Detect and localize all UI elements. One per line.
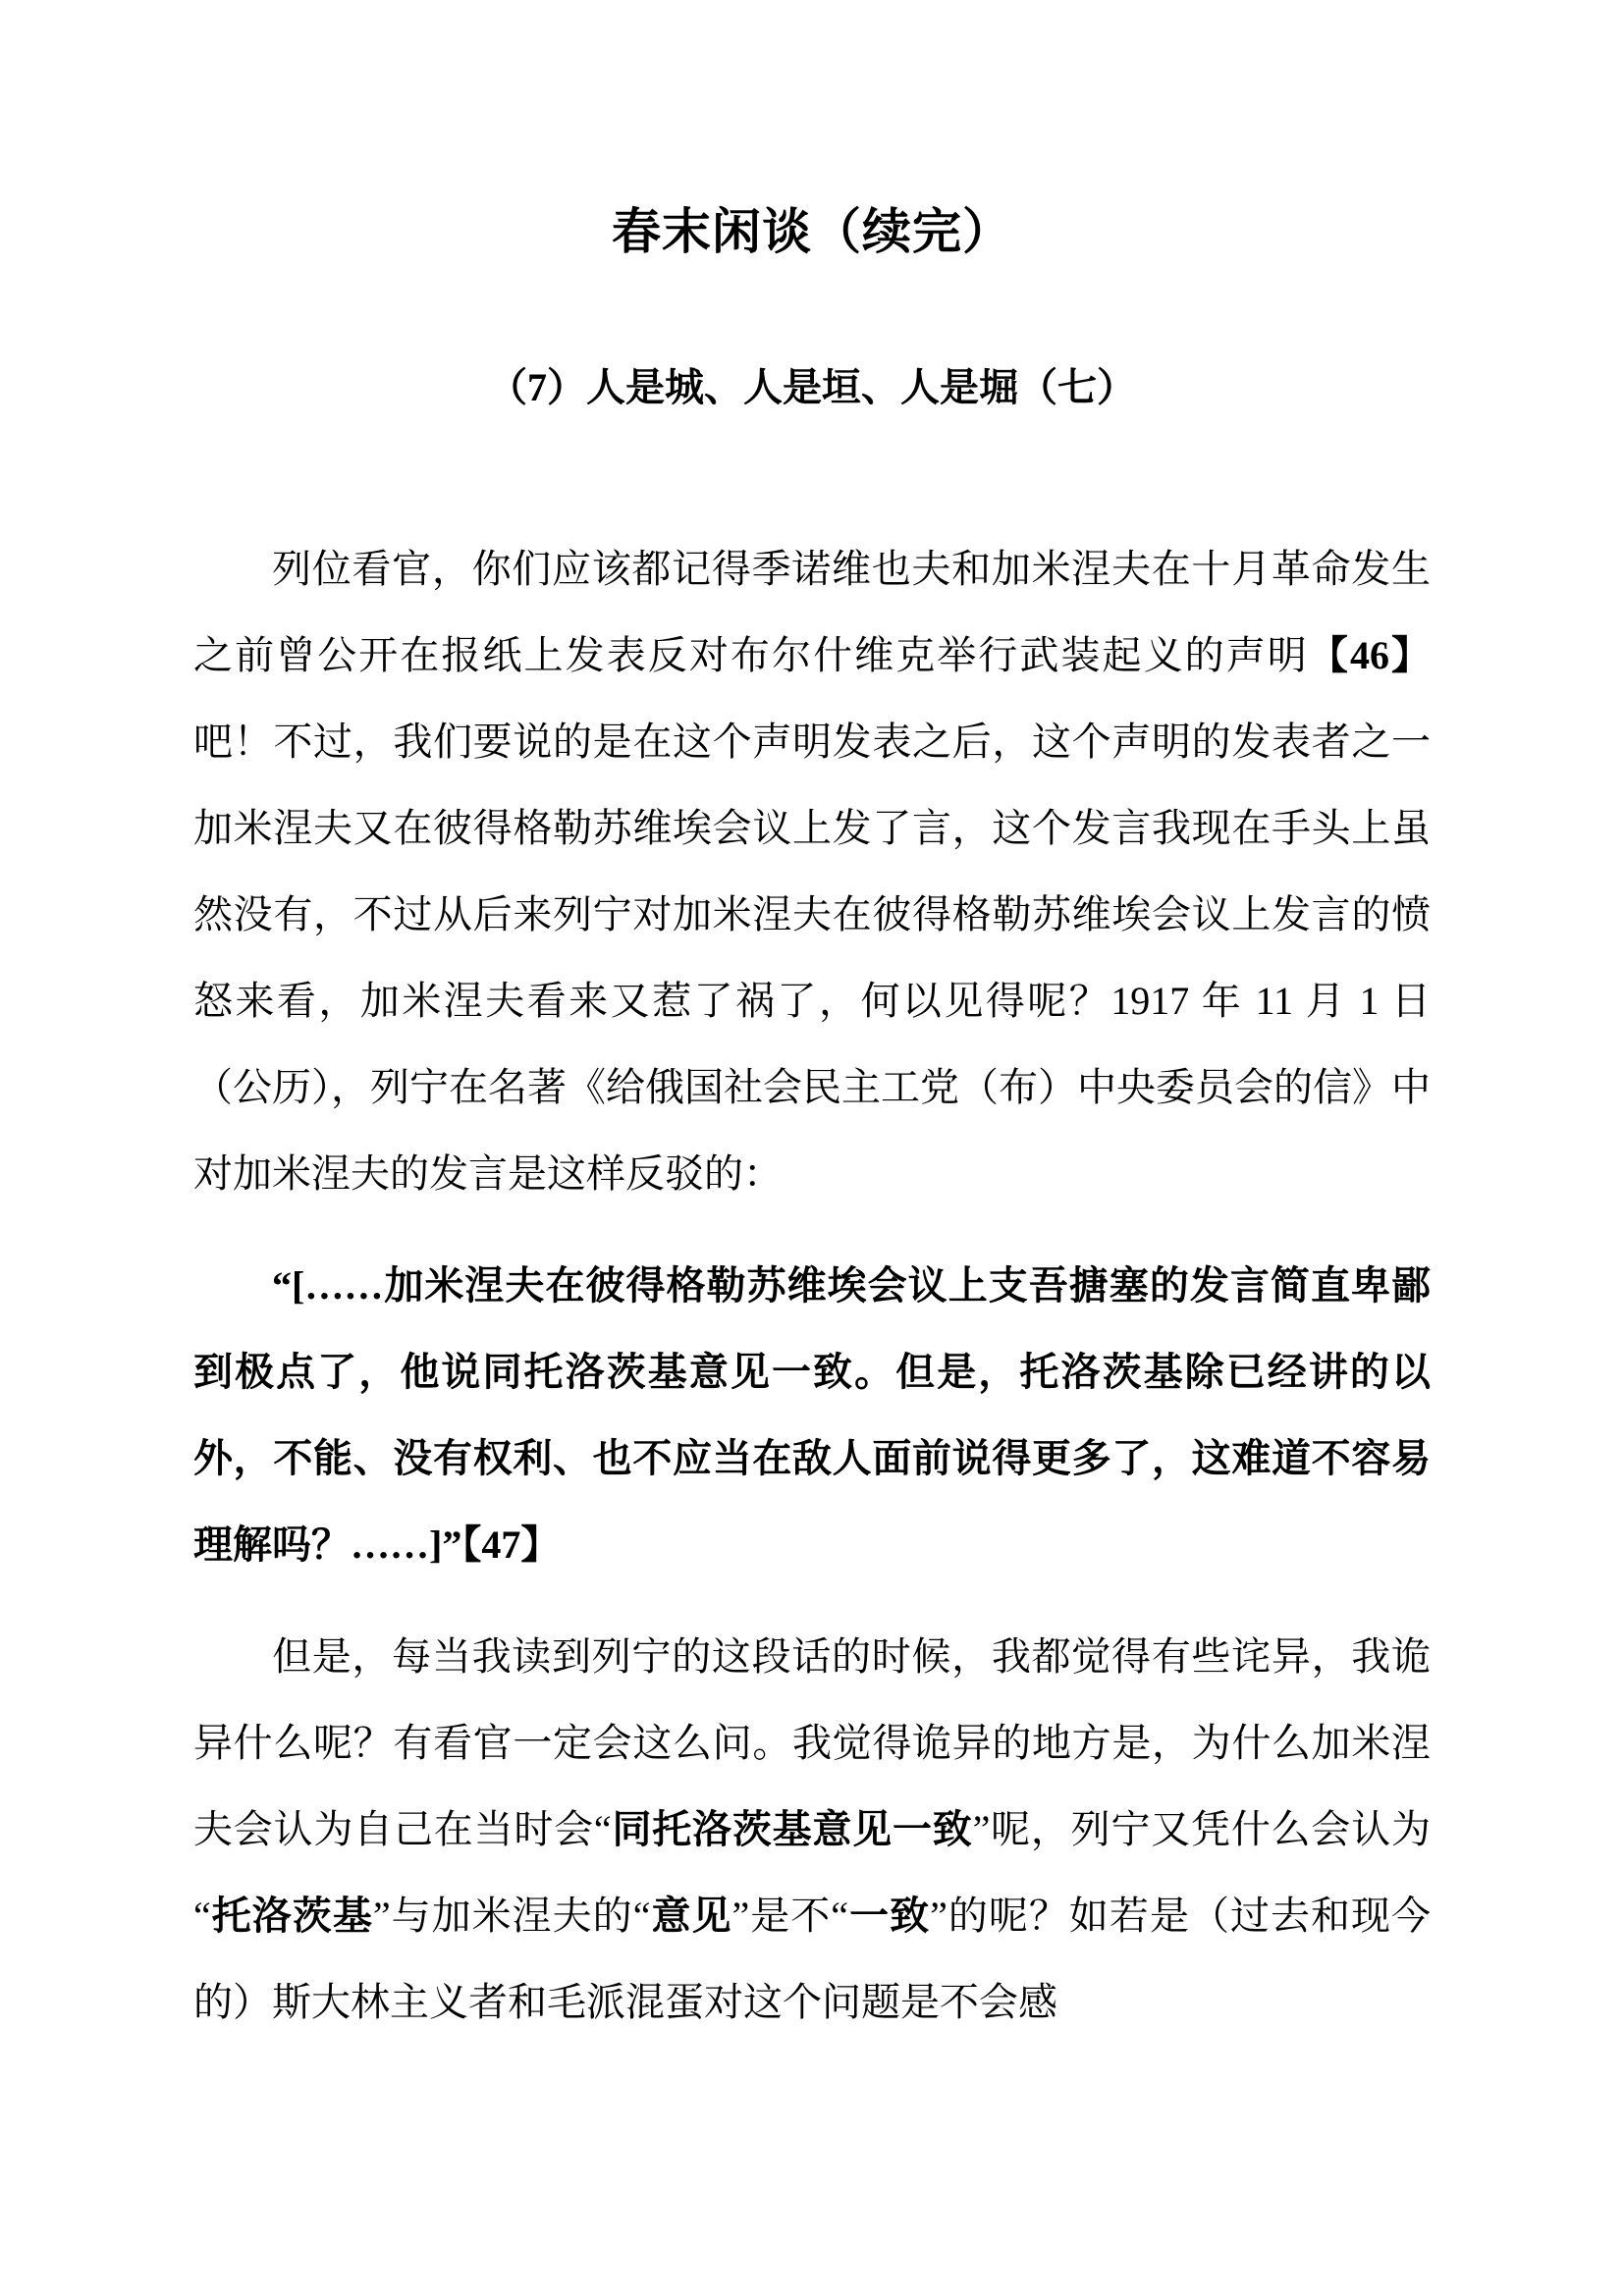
text-run: 吧！不过，我们要说的是在这个声明发表之后，这个声明的发表者之一加米涅夫又在彼得格… bbox=[193, 720, 1431, 1196]
paragraph: 但是，每当我读到列宁的这段话的时候，我都觉得有些诧异，我诡异什么呢？有看官一定会… bbox=[193, 1614, 1431, 2046]
text-run: ”与加米涅夫的“ bbox=[373, 1894, 651, 1938]
paragraph: 列位看官，你们应该都记得季诺维也夫和加米涅夫在十月革命发生之前曾公开在报纸上发表… bbox=[193, 526, 1431, 1217]
document-title: 春末闲谈（续完） bbox=[0, 0, 1624, 261]
text-run: ”是不“ bbox=[732, 1894, 849, 1938]
document-body: 列位看官，你们应该都记得季诺维也夫和加米涅夫在十月革命发生之前曾公开在报纸上发表… bbox=[193, 410, 1431, 2046]
text-run: 【46】 bbox=[1309, 633, 1431, 677]
document-page: 春末闲谈（续完） （7）人是城、人是垣、人是堀（七） 列位看官，你们应该都记得季… bbox=[0, 0, 1624, 2296]
section-heading: （7）人是城、人是垣、人是堀（七） bbox=[0, 261, 1624, 410]
text-run: 列位看官，你们应该都记得季诺维也夫和加米涅夫在十月革命发生之前曾公开在报纸上发表… bbox=[193, 547, 1431, 677]
text-run: 一致 bbox=[848, 1894, 930, 1938]
text-run: 意见 bbox=[650, 1894, 731, 1938]
text-run: 托洛茨基 bbox=[211, 1894, 373, 1938]
quote-paragraph: “[……加米涅夫在彼得格勒苏维埃会议上支吾搪塞的发言简直卑鄙到极点了，他说同托洛… bbox=[193, 1243, 1431, 1588]
text-run: 同托洛茨基意见一致 bbox=[612, 1807, 973, 1851]
text-run: “[……加米涅夫在彼得格勒苏维埃会议上支吾搪塞的发言简直卑鄙到极点了，他说同托洛… bbox=[193, 1263, 1431, 1567]
